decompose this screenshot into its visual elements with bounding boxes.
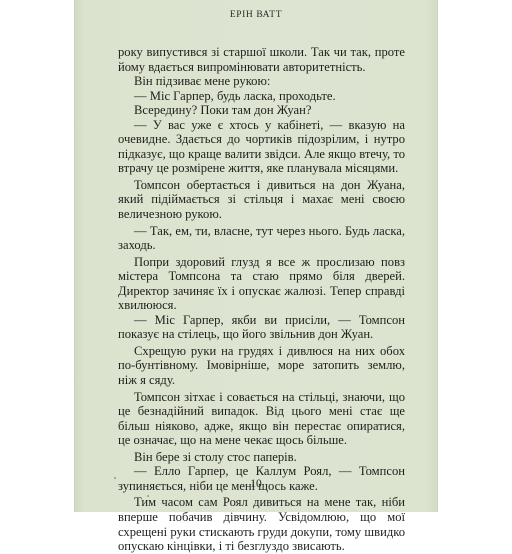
body-text: року випустився зі старшої школи. Так чи… bbox=[118, 45, 405, 512]
paragraph: — У вас уже є хтось у кабінеті, — вказую… bbox=[118, 118, 405, 176]
paper-speck bbox=[147, 495, 149, 497]
paragraph: — Міс Гарпер, будь ласка, проходьте. bbox=[118, 89, 405, 104]
running-head: ЕРІН ВАТТ bbox=[74, 10, 438, 20]
paragraph: Томпсон обертається і дивиться на дон Жу… bbox=[118, 178, 405, 222]
paragraph: Він бере зі столу стос паперів. bbox=[118, 450, 405, 465]
paragraph: Тим часом сам Роял дивиться на мене так,… bbox=[118, 495, 405, 512]
paragraph: року випустився зі старшої школи. Так чи… bbox=[118, 45, 405, 74]
paragraph: — Міс Гарпер, якби ви присіли, — Томпсон… bbox=[118, 313, 405, 342]
paragraph: Попри здоровий глузд я все ж прослизаю п… bbox=[118, 255, 405, 313]
page-number: 10 bbox=[74, 478, 438, 490]
paragraph: Томпсон зітхає і совається на стільці, з… bbox=[118, 390, 405, 448]
paragraph: Схрещую руки на грудях і дивлюся на них … bbox=[118, 344, 405, 388]
paragraph: Всередину? Поки там дон Жуан? bbox=[118, 103, 405, 118]
book-page: ЕРІН ВАТТ року випустився зі старшої шко… bbox=[74, 0, 438, 512]
paragraph: Він підзиває мене рукою: bbox=[118, 74, 405, 89]
paragraph: — Так, ем, ти, власне, тут через нього. … bbox=[118, 224, 405, 253]
paper-speck bbox=[114, 477, 116, 479]
